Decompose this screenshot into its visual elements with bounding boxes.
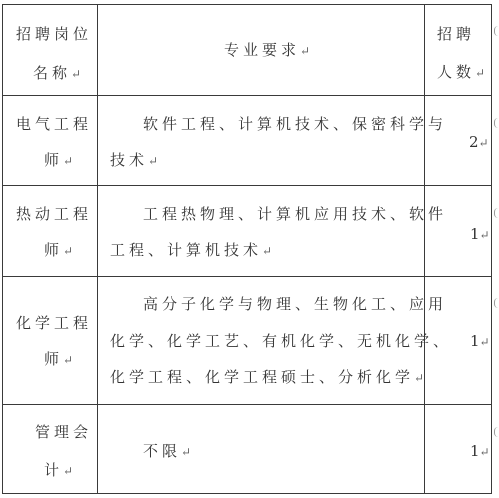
row2-position-line2: 师↵ — [44, 243, 73, 259]
row4-position-line2: 计↵ — [44, 463, 73, 479]
row4-headcount: 1↵ — [470, 444, 490, 460]
row3-majors-line3: 化学工程、化学工程硕士、分析化学↵ — [110, 370, 424, 386]
row2-majors-line1: 工程热物理、计算机应用技术、软件 — [143, 207, 447, 222]
row-end-marker-icon — [494, 298, 499, 308]
row-end-marker-icon — [494, 118, 499, 128]
row3-majors-line1: 高分子化学与物理、生物化工、应用 — [143, 297, 447, 312]
row2-majors-line2: 工程、计算机技术↵ — [110, 243, 272, 259]
paragraph-mark-icon: ↵ — [63, 154, 73, 168]
row1-majors-line2: 技术↵ — [110, 153, 158, 169]
row3-position-line2: 师↵ — [44, 352, 73, 368]
paragraph-mark-icon: ↵ — [480, 228, 490, 242]
row-divider — [3, 404, 491, 405]
paragraph-mark-icon: ↵ — [479, 136, 489, 150]
column-divider — [97, 5, 98, 493]
paragraph-mark-icon: ↵ — [181, 445, 191, 459]
header-headcount-line2: 人数↵ — [437, 65, 485, 81]
header-position-line2: 名称↵ — [33, 66, 81, 82]
paragraph-mark-icon: ↵ — [480, 335, 490, 349]
paragraph-mark-icon: ↵ — [300, 44, 310, 58]
row2-position-line1: 热动工程 — [16, 207, 92, 222]
row3-majors-line2: 化学、化学工艺、有机化学、无机化学、 — [110, 334, 452, 349]
paragraph-mark-icon: ↵ — [71, 67, 81, 81]
row4-position-line1: 管理会 — [35, 425, 92, 440]
row3-position-line1: 化学工程 — [16, 316, 92, 331]
paragraph-mark-icon: ↵ — [262, 244, 272, 258]
row-divider — [3, 276, 491, 277]
paragraph-mark-icon: ↵ — [63, 244, 73, 258]
paragraph-mark-icon: ↵ — [148, 154, 158, 168]
row4-majors-line1: 不限↵ — [143, 444, 191, 460]
paragraph-mark-icon: ↵ — [414, 371, 424, 385]
column-divider — [424, 5, 425, 493]
row-end-marker-icon — [494, 208, 499, 218]
row1-position-line2: 师↵ — [44, 153, 73, 169]
paragraph-mark-icon: ↵ — [475, 66, 485, 80]
row3-headcount: 1↵ — [470, 334, 490, 350]
paragraph-mark-icon: ↵ — [63, 353, 73, 367]
paragraph-mark-icon: ↵ — [480, 445, 490, 459]
row-end-marker-icon — [494, 26, 499, 36]
row-divider — [3, 185, 491, 186]
header-headcount-line1: 招聘 — [437, 27, 475, 42]
header-position-line1: 招聘岗位 — [16, 27, 92, 42]
row1-headcount: 2↵ — [469, 135, 489, 151]
paragraph-mark-icon: ↵ — [63, 464, 73, 478]
row1-position-line1: 电气工程 — [16, 117, 92, 132]
row-end-marker-icon — [494, 427, 499, 437]
row1-majors-line1: 软件工程、计算机技术、保密科学与 — [143, 117, 447, 132]
row2-headcount: 1↵ — [470, 227, 490, 243]
row-divider — [3, 95, 491, 96]
header-major-requirements: 专业要求↵ — [224, 43, 310, 59]
